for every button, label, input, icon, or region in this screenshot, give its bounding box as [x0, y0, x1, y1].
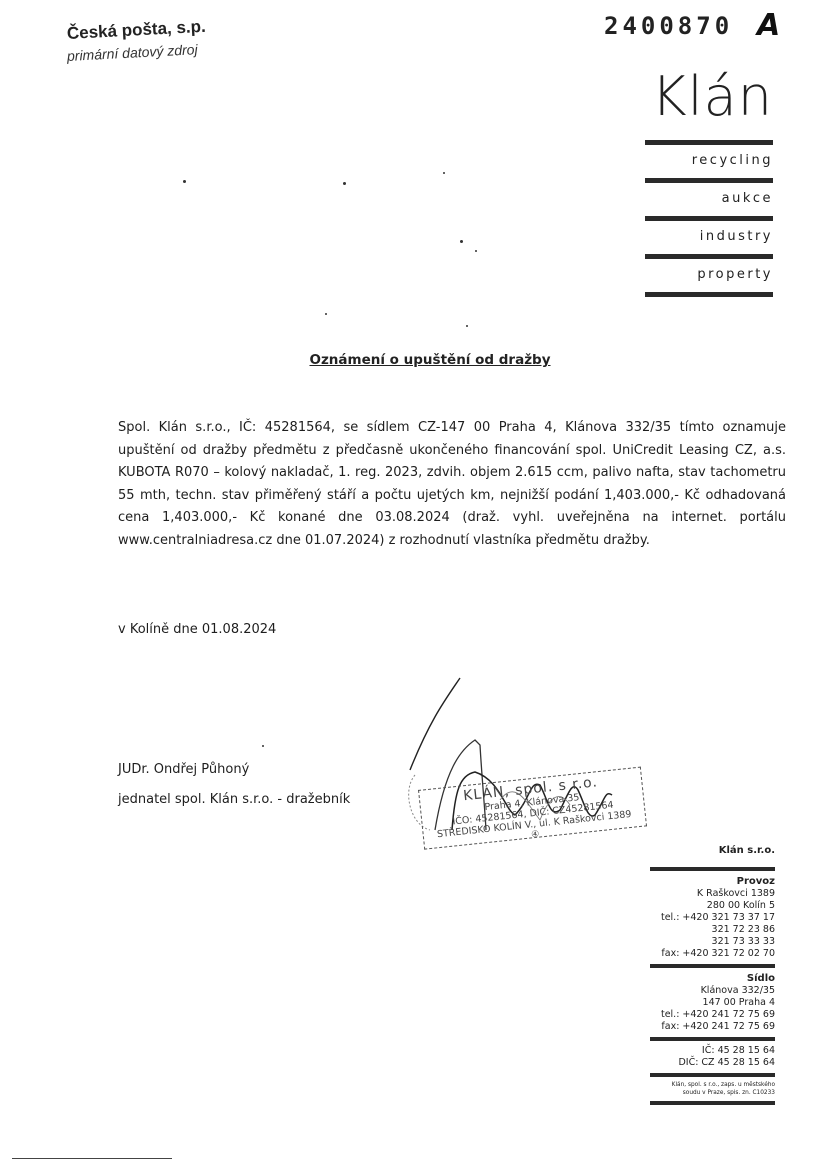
contact-divider	[650, 1073, 775, 1077]
scan-speck	[460, 240, 463, 243]
contact-provoz-line: tel.: +420 321 73 37 17	[650, 912, 775, 924]
document-body: Spol. Klán s.r.o., IČ: 45281564, se sídl…	[118, 417, 786, 552]
contact-provoz-line: K Raškovci 1389	[650, 888, 775, 900]
logo-item-property: property	[645, 259, 773, 284]
document-title: Oznámení o upuštění od dražby	[0, 352, 820, 368]
contact-divider	[650, 1101, 775, 1105]
contact-divider	[650, 964, 775, 968]
contact-sidlo-line: tel.: +420 241 72 75 69	[650, 1009, 775, 1021]
bottom-rule	[12, 1158, 172, 1159]
place-and-date: v Kolíně dne 01.08.2024	[118, 622, 276, 637]
logo-item-industry: industry	[645, 221, 773, 246]
document-number: 2400870	[604, 12, 733, 40]
contact-registration: Klán, spol. s r.o., zaps. u městského	[650, 1081, 775, 1089]
contact-provoz-line: fax: +420 321 72 02 70	[650, 948, 775, 960]
contact-provoz-line: 321 72 23 86	[650, 924, 775, 936]
company-contact-block: Klán s.r.o. Provoz K Raškovci 1389 280 0…	[650, 845, 775, 1109]
contact-ic: IČ: 45 28 15 64	[650, 1045, 775, 1057]
signer-role: jednatel spol. Klán s.r.o. - dražebník	[118, 792, 350, 807]
contact-provoz-heading: Provoz	[650, 875, 775, 888]
contact-sidlo-heading: Sídlo	[650, 972, 775, 985]
document-suffix: A	[757, 8, 780, 43]
contact-sidlo-line: fax: +420 241 72 75 69	[650, 1021, 775, 1033]
signer-name: JUDr. Ondřej Půhoný	[118, 762, 249, 777]
scan-speck	[262, 745, 264, 747]
contact-provoz-line: 321 73 33 33	[650, 936, 775, 948]
company-logo: Klán recycling aukce industry property	[645, 70, 773, 297]
post-office-name: Česká pošta, s.p.	[66, 17, 206, 44]
contact-divider	[650, 1037, 775, 1041]
contact-company-name: Klán s.r.o.	[650, 845, 775, 863]
contact-sidlo-line: 147 00 Praha 4	[650, 997, 775, 1009]
logo-mark: Klán	[645, 70, 773, 132]
contact-provoz-line: 280 00 Kolín 5	[650, 900, 775, 912]
contact-sidlo-line: Klánova 332/35	[650, 985, 775, 997]
logo-item-recycling: recycling	[645, 145, 773, 170]
contact-dic: DIČ: CZ 45 28 15 64	[650, 1057, 775, 1069]
contact-divider	[650, 867, 775, 871]
scan-speck	[466, 325, 468, 327]
contact-registration: soudu v Praze, spis. zn. C10233	[650, 1089, 775, 1097]
scan-speck	[475, 250, 477, 252]
scan-speck	[443, 172, 445, 174]
logo-divider	[645, 292, 773, 297]
scan-speck	[183, 180, 186, 183]
logo-item-aukce: aukce	[645, 183, 773, 208]
scan-speck	[325, 313, 327, 315]
post-office-subtitle: primární datový zdroj	[67, 41, 198, 64]
scan-speck	[343, 182, 346, 185]
